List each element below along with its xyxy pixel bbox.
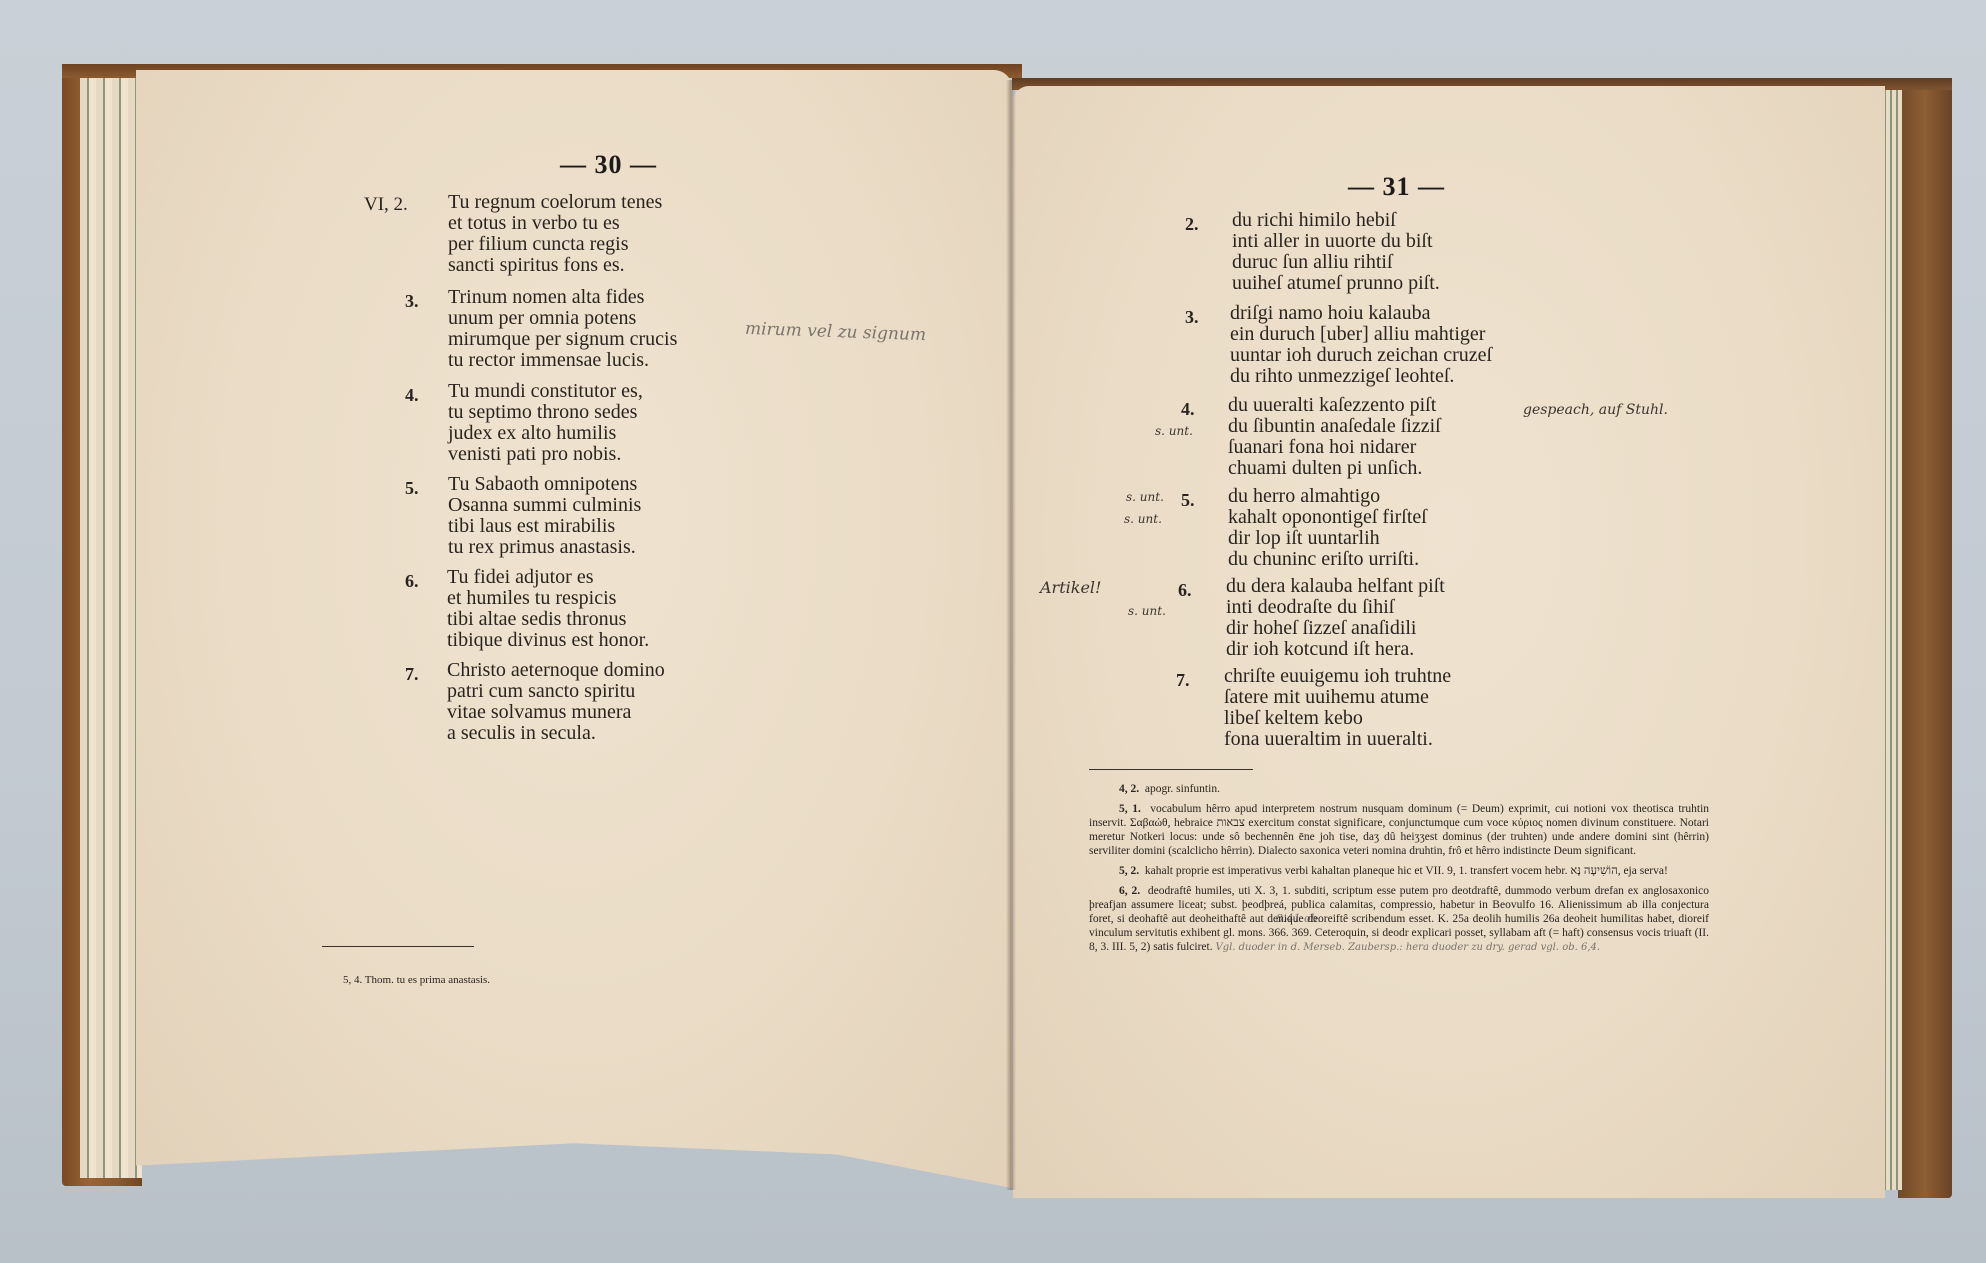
verse-text: du richi himilo hebiſinti aller in uuort… xyxy=(1232,210,1440,294)
verse-number: 3. xyxy=(1185,307,1199,328)
verse-text: du uueralti kaſezzento piſtdu ſibuntin a… xyxy=(1228,395,1441,479)
footnote: 6, 2. deodraftê humiles, uti X. 3, 1. su… xyxy=(1089,884,1709,955)
footnote: 5, 2. kahalt proprie est imperativus ver… xyxy=(1089,864,1709,878)
verse-number: 4. xyxy=(1181,399,1195,420)
footnote: 4, 2. apogr. sinfuntin. xyxy=(1089,782,1709,796)
verse-number: 2. xyxy=(1185,214,1199,235)
footnote: 5, 4. Thom. tu es prima anastasis. xyxy=(343,973,643,987)
verse-number: 6. xyxy=(1178,580,1192,601)
book-cover-right xyxy=(1898,78,1952,1198)
verse-text: chriſte euuigemu ioh truhtneſatere mit u… xyxy=(1224,666,1451,750)
pencil-annotation: Vgl. duoder in d. Merseb. Zaubersp.: her… xyxy=(1215,942,1600,953)
verse-number: 7. xyxy=(405,664,419,685)
verse-number: 3. xyxy=(405,291,419,312)
ink-annotation: s. unt. xyxy=(1128,604,1166,618)
verse-text: du herro almahtigokahalt oponontigeſ fir… xyxy=(1228,486,1427,570)
footnote-rule xyxy=(1089,769,1253,770)
footnote: 5, 1. vocabulum hêrro apud interpretem n… xyxy=(1089,802,1709,858)
verse-number: 6. xyxy=(405,571,419,592)
verse-text: du dera kalauba helfant piſtinti deodraſ… xyxy=(1226,576,1445,660)
verse-text: Tu mundi constitutor es,tu septimo thron… xyxy=(448,381,643,465)
footnote-rule xyxy=(322,946,474,947)
page-edges-left xyxy=(80,78,142,1178)
book-spine-gutter xyxy=(1006,80,1016,1190)
verse-number: 4. xyxy=(405,385,419,406)
ink-annotation: s. unt. xyxy=(1124,512,1162,526)
verse-text: Trinum nomen alta fidesunum per omnia po… xyxy=(448,287,677,371)
footnotes: 4, 2. apogr. sinfuntin. 5, 1. vocabulum … xyxy=(1089,782,1709,961)
ink-annotation: Artikel! xyxy=(1040,578,1101,597)
verse-text: driſgi namo hoiu kalaubaein duruch [uber… xyxy=(1230,303,1492,387)
ink-annotation: s. unt. xyxy=(1155,424,1193,438)
verse-text: Christo aeternoque dominopatri cum sanct… xyxy=(447,660,665,744)
verse-number: 5. xyxy=(405,478,419,499)
ink-annotation: s. unt. xyxy=(1126,490,1164,504)
verse-text: Tu fidei adjutor eset humiles tu respici… xyxy=(447,567,649,651)
verse-number: 5. xyxy=(1181,490,1195,511)
page-number-right: — 31 — xyxy=(1348,172,1445,202)
verse-text: Tu regnum coelorum teneset totus in verb… xyxy=(448,192,662,276)
verse-text: Tu Sabaoth omnipotensOsanna summi culmin… xyxy=(448,474,641,558)
section-label: VI, 2. xyxy=(364,194,408,216)
right-page xyxy=(1013,86,1885,1198)
verse-number: 7. xyxy=(1176,670,1190,691)
page-number-left: — 30 — xyxy=(560,150,657,180)
ink-annotation: gespeach, auf Stuhl. xyxy=(1523,402,1668,418)
